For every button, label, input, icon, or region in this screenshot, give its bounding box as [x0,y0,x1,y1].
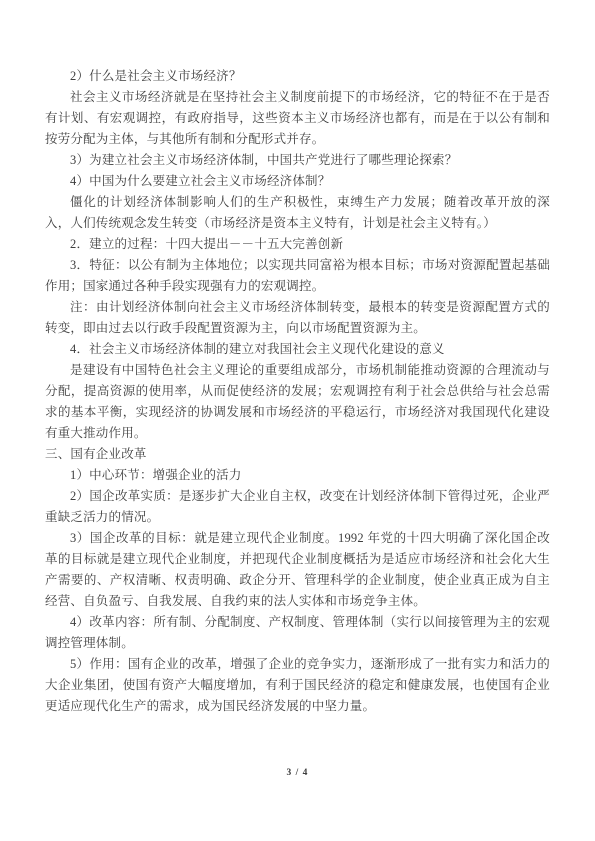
paragraph: 注：由计划经济体制向社会主义市场经济体制转变，最根本的转变是资源配置方式的转变，… [45,297,550,339]
paragraph: 是建设有中国特色社会主义理论的重要组成部分，市场机制能推动资源的合理流动与分配，… [45,360,550,444]
paragraph: 3）国企改革的目标：就是建立现代企业制度。1992 年党的十四大明确了深化国企改… [45,528,550,612]
paragraph: 1）中心环节：增强企业的活力 [45,465,550,486]
paragraph: 4．社会主义市场经济体制的建立对我国社会主义现代化建设的意义 [45,339,550,360]
paragraph: 2．建立的过程：十四大提出－－十五大完善创新 [45,234,550,255]
paragraph: 5）作用：国有企业的改革，增强了企业的竞争实力，逐渐形成了一批有实力和活力的大企… [45,654,550,717]
paragraph: 社会主义市场经济就是在坚持社会主义制度前提下的市场经济，它的特征不在于是否有计划… [45,87,550,150]
section-heading: 三、国有企业改革 [45,444,550,465]
paragraph: 僵化的计划经济体制影响人们的生产积极性，束缚生产力发展；随着改革开放的深入，人们… [45,192,550,234]
document-body: 2）什么是社会主义市场经济？社会主义市场经济就是在坚持社会主义制度前提下的市场经… [45,66,550,717]
paragraph: 3．特征：以公有制为主体地位；以实现共同富裕为根本目标；市场对资源配置起基础作用… [45,255,550,297]
paragraph: 2）国企改革实质：是逐步扩大企业自主权，改变在计划经济体制下管得过死，企业严重缺… [45,486,550,528]
paragraph: 3）为建立社会主义市场经济体制，中国共产党进行了哪些理论探索？ [45,150,550,171]
paragraph: 4）改革内容：所有制、分配制度、产权制度、管理体制（实行以间接管理为主的宏观调控… [45,612,550,654]
paragraph: 2）什么是社会主义市场经济？ [45,66,550,87]
paragraph: 4）中国为什么要建立社会主义市场经济体制？ [45,171,550,192]
page-number: 3 / 4 [0,768,595,778]
document-page: 2）什么是社会主义市场经济？社会主义市场经济就是在坚持社会主义制度前提下的市场经… [0,0,595,841]
